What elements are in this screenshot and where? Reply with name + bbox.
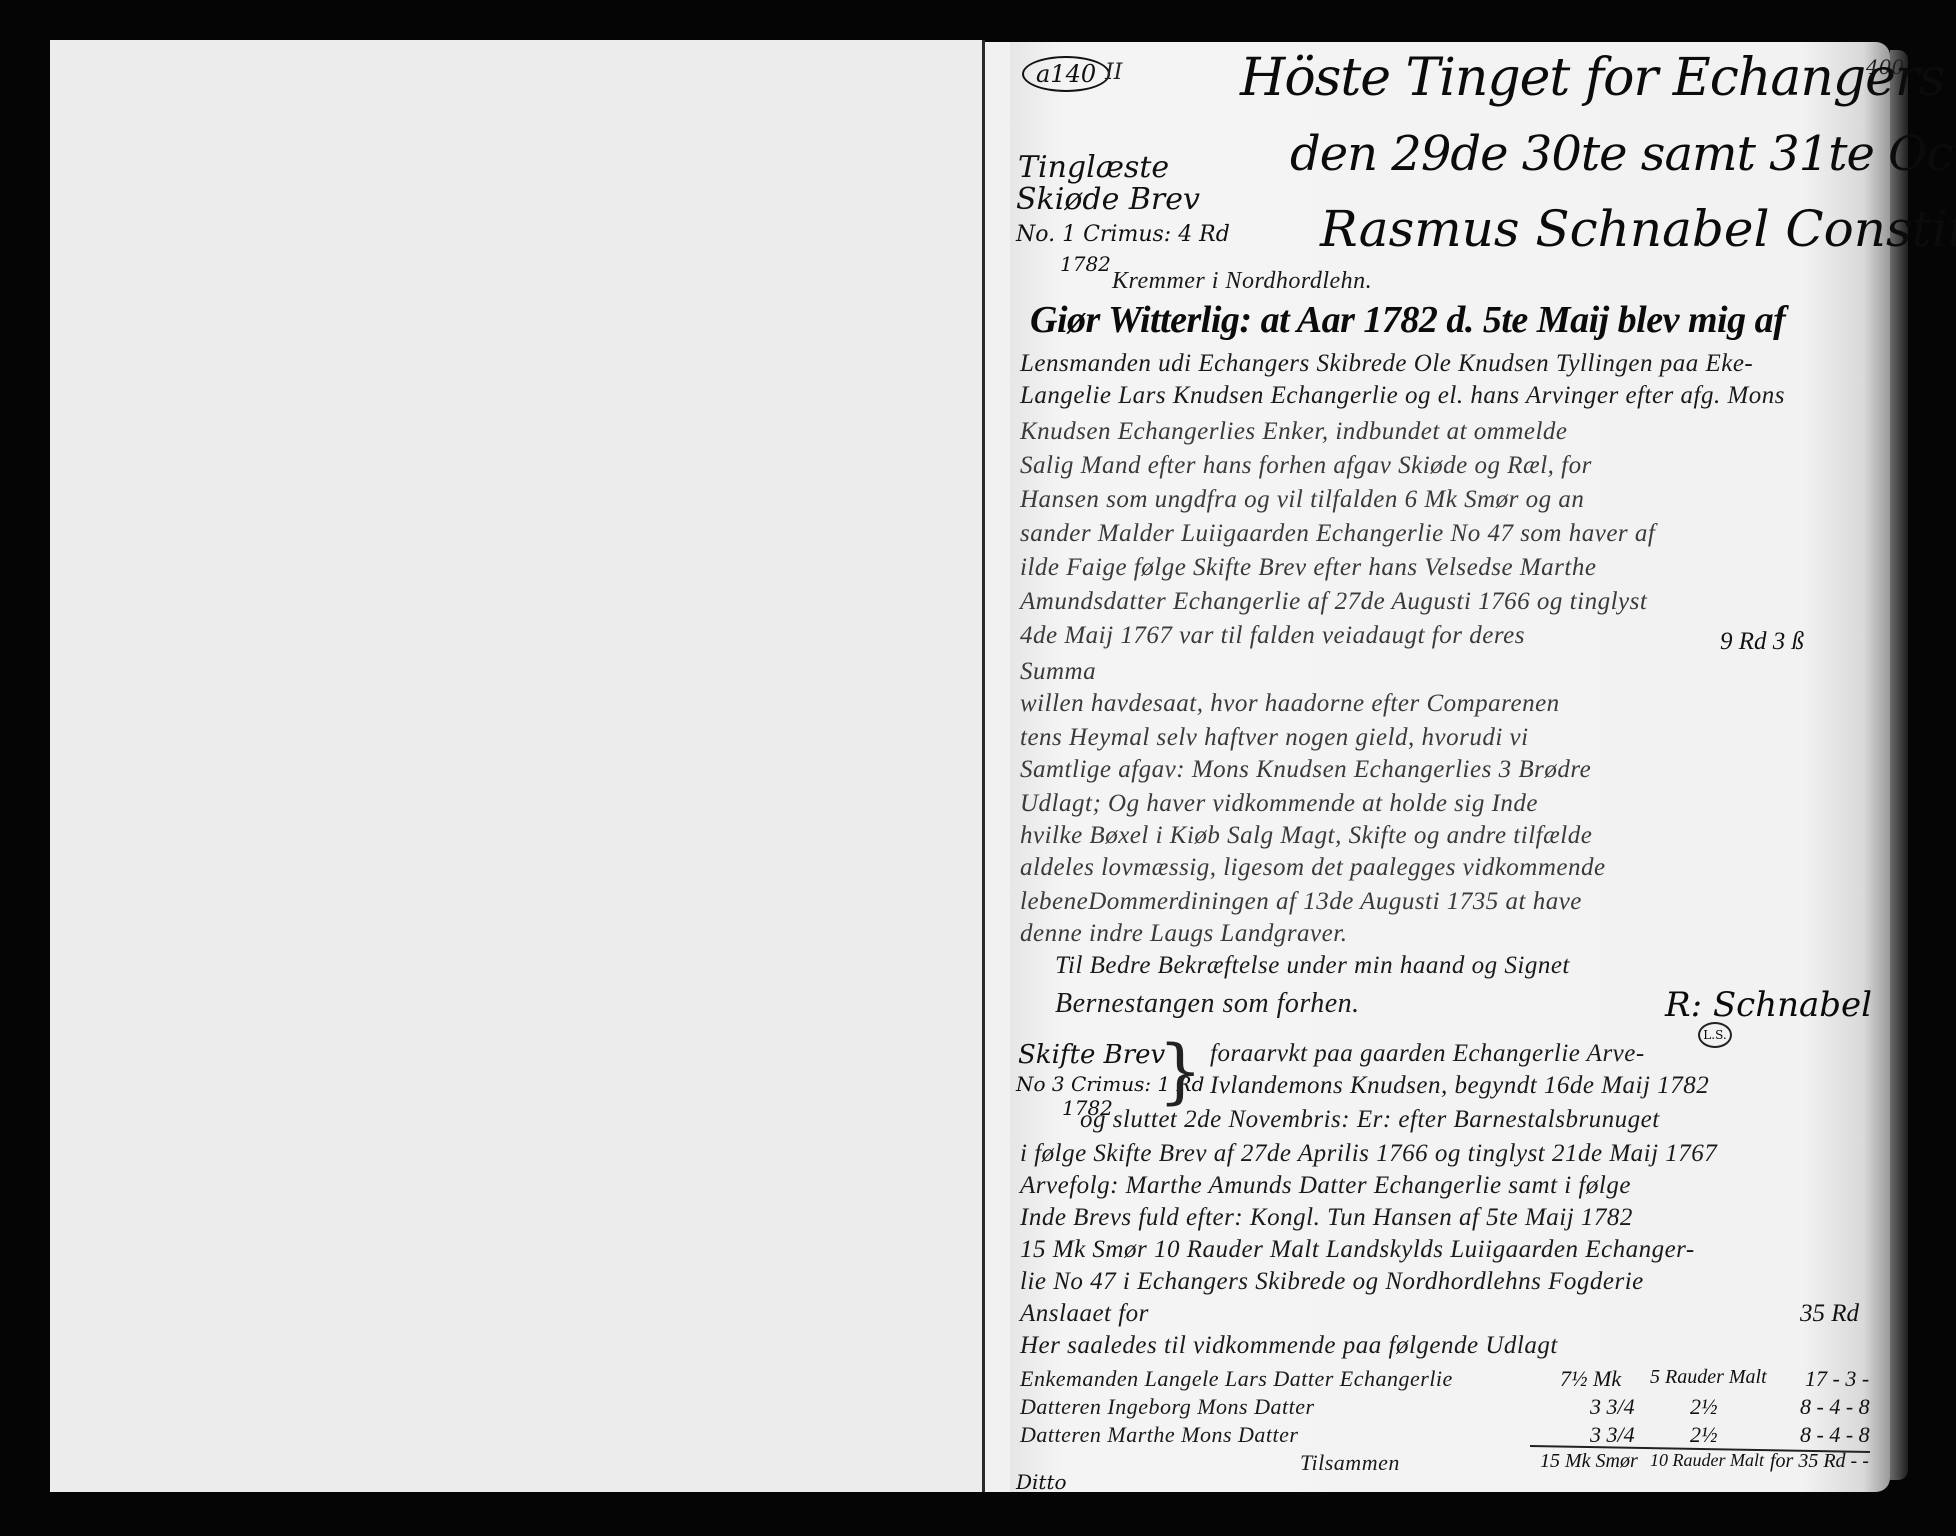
entry2-line: Arvefolg: Marthe Amunds Datter Echangerl… <box>1020 1172 1631 1200</box>
text-line: Knudsen Echangerlies Enker, indbundet at… <box>1020 418 1568 446</box>
folio-stamp: a140 <box>1022 56 1110 92</box>
text-line: sander Malder Luiigaarden Echangerlie No… <box>1020 520 1655 548</box>
table-row-share: 3 3/4 <box>1590 1394 1635 1420</box>
page-gutter <box>985 42 1010 1492</box>
text-line: 4de Maij 1767 var til falden veiadaugt f… <box>1020 622 1525 650</box>
table-row-heir: Datteren Marthe Mons Datter <box>1020 1422 1298 1448</box>
text-line: Salig Mand efter hans forhen afgav Skiød… <box>1020 452 1592 480</box>
text-line: Langelie Lars Knudsen Echangerlie og el.… <box>1020 382 1785 410</box>
entry2-line: foraarvkt paa gaarden Echangerlie Arve- <box>1210 1040 1645 1068</box>
entry1-margin-note: No. 1 Crimus: 4 Rd <box>1016 222 1230 247</box>
text-line: willen havdesaat, hvor haadorne efter Co… <box>1020 690 1560 718</box>
text-line: lebeneDommerdiningen af 13de Augusti 173… <box>1020 888 1582 916</box>
presiding-judge: Rasmus Schnabel Constitueret Sorenskrive… <box>1320 200 1956 258</box>
opening-line: Giør Witterlig: at Aar 1782 d. 5te Maij … <box>1030 298 1785 342</box>
text-line: Summa <box>1020 658 1096 686</box>
text-line: ilde Faige følge Skifte Brev efter hans … <box>1020 554 1596 582</box>
text-line: denne indre Laugs Landgraver. <box>1020 920 1347 948</box>
table-row-share: 7½ Mk <box>1560 1366 1621 1392</box>
brace-mark: } <box>1158 1030 1203 1112</box>
page-title: Höste Tinget for Echangers Skibrede <box>1240 48 1956 108</box>
text-line: Lensmanden udi Echangers Skibrede Ole Kn… <box>1020 350 1753 378</box>
text-line: Hansen som ungdfra og vil tilfalden 6 Mk… <box>1020 486 1584 514</box>
entry2-line: 15 Mk Smør 10 Rauder Malt Landskylds Lui… <box>1020 1236 1695 1264</box>
text-line: Til Bedre Bekræftelse under min haand og… <box>1055 952 1570 980</box>
margin-heading-deed: Skiøde Brev <box>1016 182 1200 217</box>
total-label: Tilsammen <box>1300 1450 1400 1476</box>
margin-heading: Tinglæste <box>1018 150 1169 185</box>
entry2-line: Inde Brevs fuld efter: Kongl. Tun Hansen… <box>1020 1204 1633 1232</box>
signature: R: Schnabel <box>1665 985 1872 1025</box>
line-amount: 9 Rd 3 ß <box>1720 628 1804 656</box>
district-line: Kremmer i Nordhordlehn. <box>1112 268 1372 295</box>
entry1-margin-year: 1782 <box>1060 252 1111 276</box>
entry2-line: i følge Skifte Brev af 27de Aprilis 1766… <box>1020 1140 1717 1168</box>
entry2-line: Ivlandemons Knudsen, begyndt 16de Maij 1… <box>1210 1072 1709 1100</box>
text-line: Udlagt; Og haver vidkommende at holde si… <box>1020 790 1538 818</box>
table-row-malt: 2½ <box>1690 1394 1718 1420</box>
entry2-line: Her saaledes til vidkommende paa følgend… <box>1020 1332 1558 1360</box>
text-line: aldeles lovmæssig, ligesom det paalegges… <box>1020 854 1606 882</box>
folio-mark: II <box>1105 60 1122 85</box>
anslaaet-amount: 35 Rd <box>1800 1300 1859 1328</box>
table-row-value: 8 - 4 - 8 <box>1800 1394 1870 1420</box>
table-row-share: 3 3/4 <box>1590 1422 1635 1448</box>
total-value: for 35 Rd - - <box>1770 1450 1869 1473</box>
page-subtitle: den 29de 30te samt 31te October 1783. <box>1290 126 1956 182</box>
entry2-margin-label: Skifte Brev <box>1018 1040 1165 1070</box>
table-row-value: 8 - 4 - 8 <box>1800 1422 1870 1448</box>
entry2-line: og sluttet 2de Novembris: Er: efter Barn… <box>1080 1106 1660 1134</box>
total-share: 15 Mk Smør <box>1540 1450 1638 1473</box>
table-row-malt: 2½ <box>1690 1422 1718 1448</box>
text-line: Amundsdatter Echangerlie af 27de Augusti… <box>1020 588 1647 616</box>
entry2-line: lie No 47 i Echangers Skibrede og Nordho… <box>1020 1268 1644 1296</box>
entry3-margin-label: Ditto <box>1016 1470 1067 1494</box>
text-line: hvilke Bøxel i Kiøb Salg Magt, Skifte og… <box>1020 822 1592 850</box>
table-row-malt: 5 Rauder Malt <box>1650 1366 1767 1389</box>
text-line: Bernestangen som forhen. <box>1055 988 1360 1020</box>
entry2-line: Anslaaet for <box>1020 1300 1149 1328</box>
text-line: tens Heymal selv haftver nogen gield, hv… <box>1020 724 1529 752</box>
table-row-value: 17 - 3 - <box>1805 1366 1869 1392</box>
text-line: Samtlige afgav: Mons Knudsen Echangerlie… <box>1020 756 1591 784</box>
seal-stamp: L.S. <box>1698 1022 1732 1048</box>
table-row-heir: Datteren Ingeborg Mons Datter <box>1020 1394 1315 1420</box>
total-malt: 10 Rauder Malt <box>1650 1450 1764 1471</box>
table-row-heir: Enkemanden Langele Lars Datter Echangerl… <box>1020 1366 1453 1392</box>
left-page-blank <box>50 40 982 1492</box>
